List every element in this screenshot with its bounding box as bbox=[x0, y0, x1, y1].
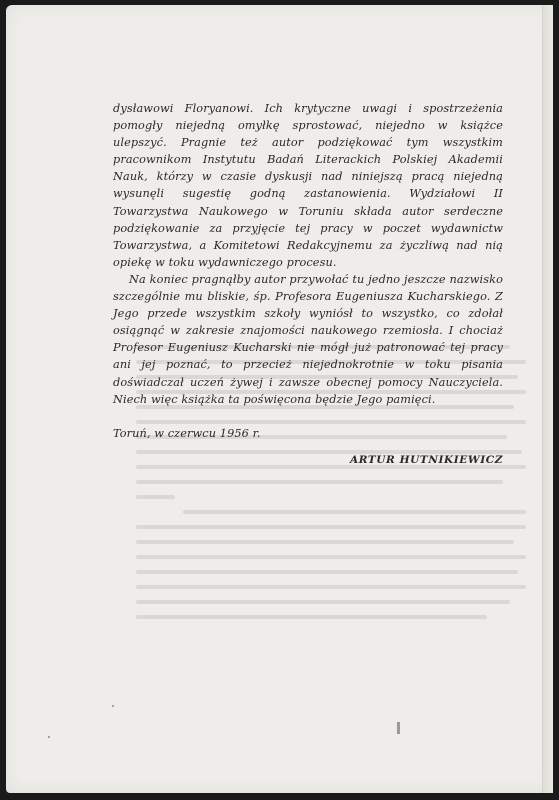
paper-speck bbox=[48, 736, 50, 738]
page-fold-edge bbox=[542, 5, 553, 793]
author-signature: ARTUR HUTNIKIEWICZ bbox=[113, 452, 503, 469]
paragraph-dedication: Na koniec pragnąłby autor przywołać tu j… bbox=[113, 271, 503, 408]
page-text: dysławowi Floryanowi. Ich krytyczne uwag… bbox=[113, 100, 503, 469]
book-page: dysławowi Floryanowi. Ich krytyczne uwag… bbox=[6, 5, 553, 793]
paper-speck bbox=[112, 705, 114, 707]
paragraph-acknowledgements: dysławowi Floryanowi. Ich krytyczne uwag… bbox=[113, 100, 503, 271]
ink-mark bbox=[397, 722, 400, 734]
place-date: Toruń, w czerwcu 1956 r. bbox=[113, 425, 503, 442]
